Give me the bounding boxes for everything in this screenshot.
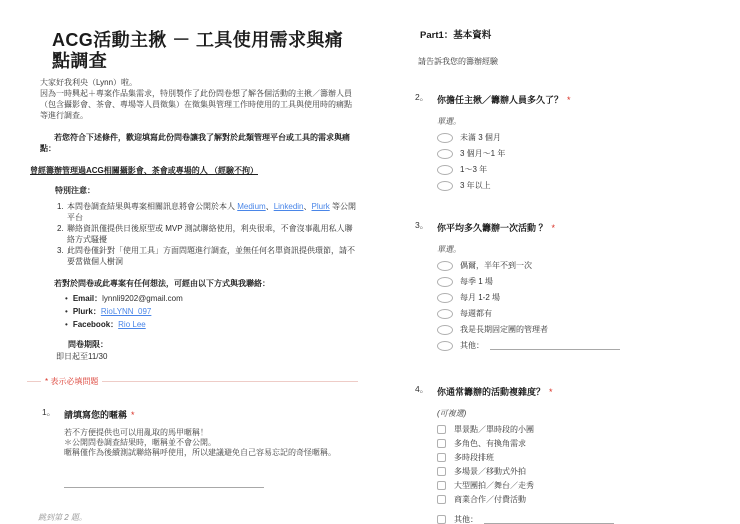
question-body: 你平均多久籌辦一次活動 ？* 單選。 偶爾，半年不到一次 每季 1 場 每月 1… [437,218,730,351]
required-asterisk: * [567,95,571,105]
option-label: 多時段排班 [454,452,494,463]
notice-item: 3. 此問卷僅針對「使用工具」方面問題進行調查，並無任何名單資訊提供環節，請不要… [57,245,358,267]
option-row[interactable]: 多角色、有換角需求 [437,438,730,449]
option-row[interactable]: 多場景／移動式外拍 [437,466,730,477]
question-body: 你通常籌辦的活動複雜度？* (可複選) 單景點／單時段的小團 多角色、有換角需求… [437,382,730,524]
required-note-divider: * 表示必填問題 [27,376,358,387]
radio-icon[interactable] [437,277,453,287]
checkbox-icon[interactable] [437,467,446,476]
notice-item: 1. 本問卷調查結果與專案相關訊息將會公開於本人 Medium、Linkedin… [57,201,358,223]
required-asterisk: * [552,223,556,233]
option-label: 單景點／單時段的小團 [454,424,534,435]
target-audience-text: 曾經籌辦管理過ACG相關攝影會、茶會或專場的人 （經驗不拘） [30,165,358,176]
question-number: 1。 [42,405,64,488]
question-title: 請填寫您的暱稱 [64,410,127,420]
required-asterisk: * [549,387,553,397]
option-label: 其他： [460,340,484,351]
option-row[interactable]: 偶爾，半年不到一次 [437,260,730,271]
option-row[interactable]: 每週都有 [437,308,730,319]
option-label: 商業合作／付費活動 [454,494,526,505]
notice-number: 3. [57,245,67,267]
notice-number: 2. [57,223,67,245]
bullet-icon: • [65,294,68,304]
option-list: 未滿 3 個月 3 個月～1 年 1～3 年 3 年以上 [437,132,730,191]
radio-icon[interactable] [437,325,453,335]
jump-note: 跳到第 2 題。 [38,512,358,523]
other-text-input[interactable] [490,342,620,350]
option-label: 每季 1 場 [460,276,493,287]
required-note: * 表示必填問題 [45,376,98,387]
notice-list: 1. 本問卷調查結果與專案相關訊息將會公開於本人 Medium、Linkedin… [57,201,358,267]
option-label: 多場景／移動式外拍 [454,466,526,477]
option-label: 每月 1-2 場 [460,292,500,303]
checkbox-icon[interactable] [437,439,446,448]
radio-icon[interactable] [437,133,453,143]
option-row[interactable]: 3 個月～1 年 [437,148,730,159]
checkbox-icon[interactable] [437,481,446,490]
notice-text: 聯絡資訊僅提供日後原型或 MVP 測試聯絡使用，利央很乖，不會沒事亂用私人聯絡方… [67,223,358,245]
intro-paragraph: 因為一時興起＋專案作品集需求，特別製作了此份問卷想了解各個活動的主揪／籌辦人員（… [40,88,358,121]
radio-icon[interactable] [437,165,453,175]
option-row[interactable]: 1～3 年 [437,164,730,175]
question-body: 請填寫您的暱稱* 若不方便提供也可以用亂取的馬甲暱稱！ ＊公開問卷調查結果時，暱… [64,405,358,488]
question-number: 3。 [415,218,437,351]
question-title: 你通常籌辦的活動複雜度？ [437,387,545,397]
option-label: 其他： [454,514,478,524]
plurk-link[interactable]: Plurk [312,202,330,211]
radio-icon[interactable] [437,293,453,303]
question-body: 你擔任主揪／籌辦人員多久了？* 單選。 未滿 3 個月 3 個月～1 年 1～3… [437,90,730,191]
other-text-input[interactable] [484,516,614,524]
contact-heading: 若對於問卷或此專案有任何想法，可經由以下方式與我聯絡： [40,278,358,289]
option-label: 大型團拍／舞台／走秀 [454,480,534,491]
radio-icon[interactable] [437,341,453,351]
notice-heading: 特別注意： [55,185,358,196]
contact-label: Facebook： [73,320,118,330]
deadline-value: 即日起至11/30 [56,352,358,362]
radio-icon[interactable] [437,309,453,319]
contact-item-facebook: • Facebook： Rio Lee [65,320,358,330]
option-row[interactable]: 每季 1 場 [437,276,730,287]
question-title-row: 你擔任主揪／籌辦人員多久了？* [437,90,730,108]
checkbox-icon[interactable] [437,425,446,434]
option-row[interactable]: 大型團拍／舞台／走秀 [437,480,730,491]
notice-item: 2. 聯絡資訊僅提供日後原型或 MVP 測試聯絡使用，利央很乖，不會沒事亂用私人… [57,223,358,245]
bullet-icon: • [65,320,68,330]
plurk-profile-link[interactable]: RioLYNN_097 [101,307,152,317]
contact-list: • Email： lynnli9202@gmail.com • Plurk： R… [65,294,358,330]
nickname-text-input[interactable] [64,474,264,488]
bullet-icon: • [65,307,68,317]
contact-label: Plurk： [73,307,101,317]
option-label: 偶爾，半年不到一次 [460,260,532,271]
option-row[interactable]: 未滿 3 個月 [437,132,730,143]
notice-text: 此問卷僅針對「使用工具」方面問題進行調查，並無任何名單資訊提供環節，請不要當做個… [67,245,358,267]
required-asterisk: * [131,410,135,420]
question-description: 若不方便提供也可以用亂取的馬甲暱稱！ ＊公開問卷調查結果時，暱稱並不會公開。 暱… [64,428,358,458]
contact-value: lynnli9202@gmail.com [102,294,183,304]
option-row[interactable]: 商業合作／付費活動 [437,494,730,505]
option-label: 3 個月～1 年 [460,148,505,159]
option-label: 未滿 3 個月 [460,132,501,143]
form-intro-page: ACG活動主揪 － 工具使用需求與痛點調查 大家好我利央（Lynn）啦。 因為一… [40,30,358,523]
option-row[interactable]: 多時段排班 [437,452,730,463]
single-choice-hint: 單選。 [437,116,730,127]
description-line: ＊公開問卷調查結果時，暱稱並不會公開。 [64,438,358,448]
option-row[interactable]: 我是長期固定團的管理者 [437,324,730,335]
option-label: 1～3 年 [460,164,487,175]
question-title-row: 請填寫您的暱稱* [64,405,358,423]
contact-item-plurk: • Plurk： RioLYNN_097 [65,307,358,317]
question-title: 你擔任主揪／籌辦人員多久了？ [437,95,563,105]
option-row-other[interactable]: 其他： [437,514,730,524]
option-list: 偶爾，半年不到一次 每季 1 場 每月 1-2 場 每週都有 我是長期固定團的管… [437,260,730,351]
multi-choice-hint: (可複選) [437,408,730,419]
contact-label: Email： [73,294,102,304]
option-label: 3 年以上 [460,180,491,191]
contact-item-email: • Email： lynnli9202@gmail.com [65,294,358,304]
section-title: Part1：基本資料 [420,27,730,41]
form-part1-page: Part1：基本資料 請告訴我您的籌辦經驗 2。 你擔任主揪／籌辦人員多久了？*… [415,22,730,524]
option-label: 多角色、有換角需求 [454,438,526,449]
question-4: 4。 你通常籌辦的活動複雜度？* (可複選) 單景點／單時段的小團 多角色、有換… [415,382,730,524]
option-label: 我是長期固定團的管理者 [460,324,548,335]
radio-icon[interactable] [437,181,453,191]
medium-link[interactable]: Medium [237,202,265,211]
option-list: 單景點／單時段的小團 多角色、有換角需求 多時段排班 多場景／移動式外拍 大型團… [437,424,730,524]
deadline-heading: 問卷期限： [68,340,358,350]
question-title-row: 你平均多久籌辦一次活動 ？* [437,218,730,236]
notice-number: 1. [57,201,67,223]
question-number: 2。 [415,90,437,191]
notice-text-part: 本問卷調查結果與專案相關訊息將會公開於本人 [67,202,237,211]
radio-icon[interactable] [437,261,453,271]
invite-paragraph: 若您符合下述條件，歡迎填寫此份問卷讓我了解對於此類管理平台或工具的需求與痛點： [40,132,358,154]
question-3: 3。 你平均多久籌辦一次活動 ？* 單選。 偶爾，半年不到一次 每季 1 場 每… [415,218,730,351]
question-2: 2。 你擔任主揪／籌辦人員多久了？* 單選。 未滿 3 個月 3 個月～1 年 … [415,90,730,191]
option-row[interactable]: 單景點／單時段的小團 [437,424,730,435]
description-line: 暱稱僅作為後續測試聯絡稱呼使用，所以建議避免自己容易忘記的奇怪暱稱。 [64,448,358,458]
checkbox-icon[interactable] [437,495,446,504]
description-line: 若不方便提供也可以用亂取的馬甲暱稱！ [64,428,358,438]
notice-text: 本問卷調查結果與專案相關訊息將會公開於本人 Medium、Linkedin、Pl… [67,201,358,223]
linkedin-link[interactable]: Linkedin [274,202,304,211]
option-row[interactable]: 3 年以上 [437,180,730,191]
greeting-text: 大家好我利央（Lynn）啦。 [40,77,358,88]
question-title: 你平均多久籌辦一次活動 ？ [437,223,548,233]
question-title-row: 你通常籌辦的活動複雜度？* [437,382,730,400]
question-number: 4。 [415,382,437,524]
option-label: 每週都有 [460,308,492,319]
option-row[interactable]: 每月 1-2 場 [437,292,730,303]
form-title: ACG活動主揪 － 工具使用需求與痛點調查 [52,30,358,72]
checkbox-icon[interactable] [437,515,446,524]
link-separator: 、 [304,202,312,211]
facebook-profile-link[interactable]: Rio Lee [118,320,146,330]
radio-icon[interactable] [437,149,453,159]
checkbox-icon[interactable] [437,453,446,462]
question-1: 1。 請填寫您的暱稱* 若不方便提供也可以用亂取的馬甲暱稱！ ＊公開問卷調查結果… [42,405,358,488]
section-description: 請告訴我您的籌辦經驗 [418,56,730,67]
option-row-other[interactable]: 其他： [437,340,730,351]
single-choice-hint: 單選。 [437,244,730,255]
link-separator: 、 [266,202,274,211]
